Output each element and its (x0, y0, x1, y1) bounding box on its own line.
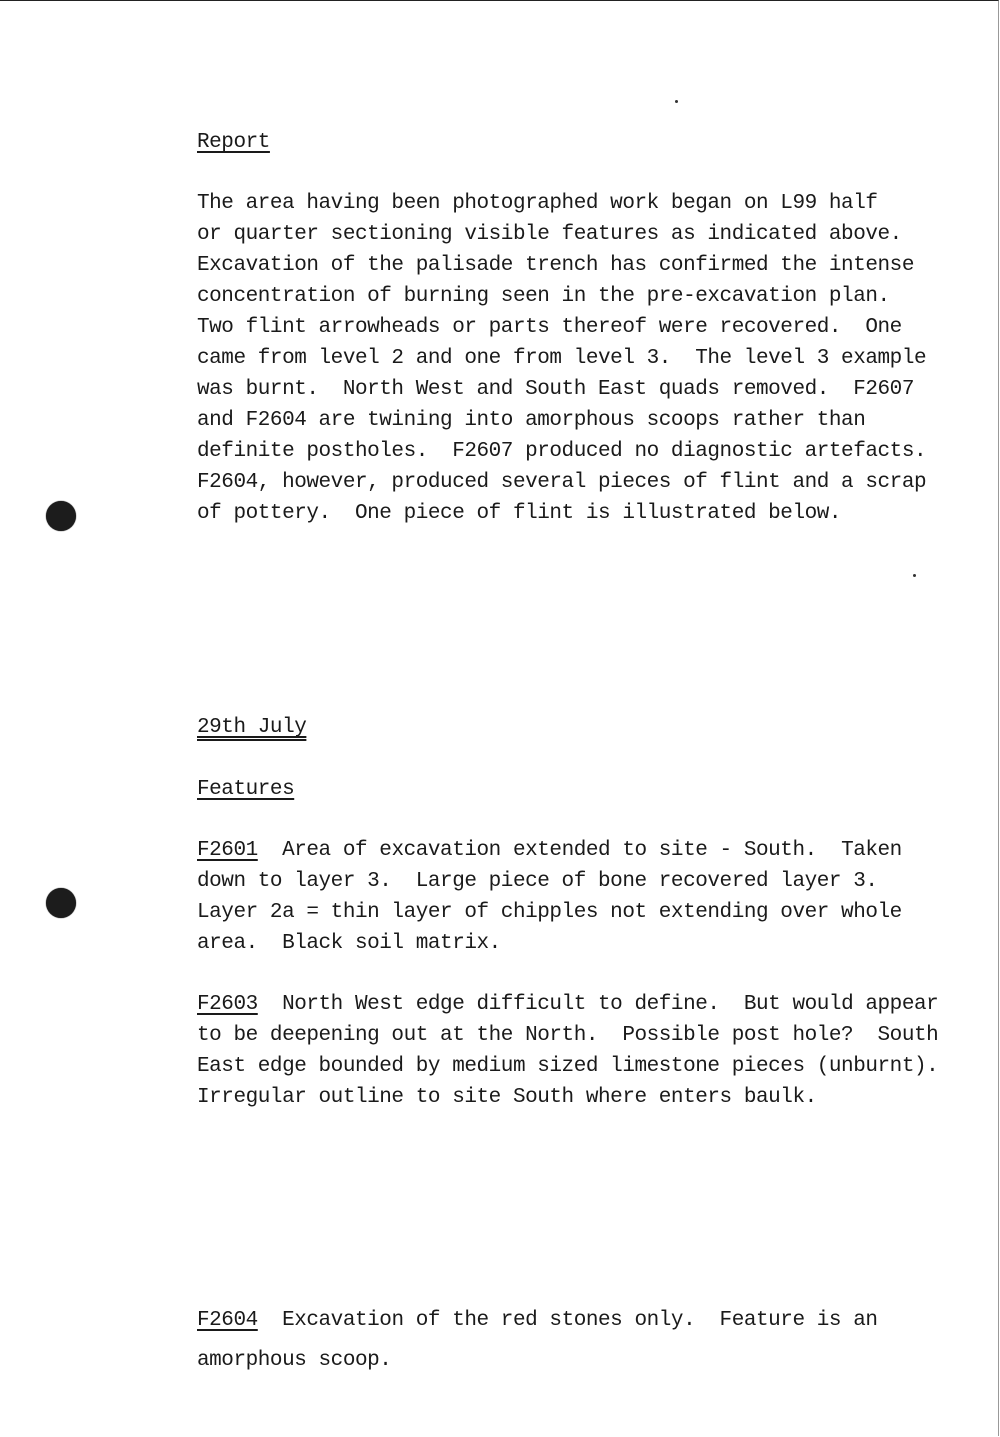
feature-text: Layer 2a = thin layer of chipples not ex… (197, 897, 902, 928)
feature-id: F2604 (197, 1309, 258, 1332)
report-line: concentration of burning seen in the pre… (197, 281, 890, 312)
feature-text: Area of excavation extended to site - So… (258, 839, 902, 862)
report-line: was burnt. North West and South East qua… (197, 374, 914, 405)
feature-entry: F2601 Area of excavation extended to sit… (197, 835, 246, 973)
feature-entry: F2603 North West edge difficult to defin… (197, 989, 246, 1127)
feature-text: to be deepening out at the North. Possib… (197, 1020, 938, 1051)
feature-text: Irregular outline to site South where en… (197, 1082, 817, 1113)
punch-hole-top (46, 501, 76, 531)
feature-text: amorphous scoop. (197, 1345, 391, 1376)
feature-id: F2601 (197, 839, 258, 862)
feature-entry: F2604 Excavation of the red stones only.… (197, 1305, 246, 1397)
feature-id: F2603 (197, 993, 258, 1016)
report-line: Excavation of the palisade trench has co… (197, 250, 914, 281)
punch-hole-bottom (46, 888, 76, 918)
document-page: Report The area having been photographed… (0, 0, 999, 1436)
features-heading: Features (197, 774, 294, 805)
date-heading: 29th July (197, 712, 306, 743)
report-heading: Report (197, 127, 270, 158)
feature-text: North West edge difficult to define. But… (258, 993, 939, 1016)
report-line: definite postholes. F2607 produced no di… (197, 436, 926, 467)
feature-text: down to layer 3. Large piece of bone rec… (197, 866, 878, 897)
report-line: Two flint arrowheads or parts thereof we… (197, 312, 902, 343)
report-line: F2604, however, produced several pieces … (197, 467, 926, 498)
report-line: came from level 2 and one from level 3. … (197, 343, 926, 374)
report-line: and F2604 are twining into amorphous sco… (197, 405, 865, 436)
speck (675, 100, 678, 103)
report-line: The area having been photographed work b… (197, 188, 878, 219)
feature-text: area. Black soil matrix. (197, 928, 501, 959)
report-line: of pottery. One piece of flint is illust… (197, 498, 841, 529)
report-line: or quarter sectioning visible features a… (197, 219, 902, 250)
feature-text: East edge bounded by medium sized limest… (197, 1051, 938, 1082)
feature-text: Excavation of the red stones only. Featu… (258, 1309, 878, 1332)
report-section: Report The area having been photographed… (197, 127, 246, 449)
speck (913, 574, 916, 577)
